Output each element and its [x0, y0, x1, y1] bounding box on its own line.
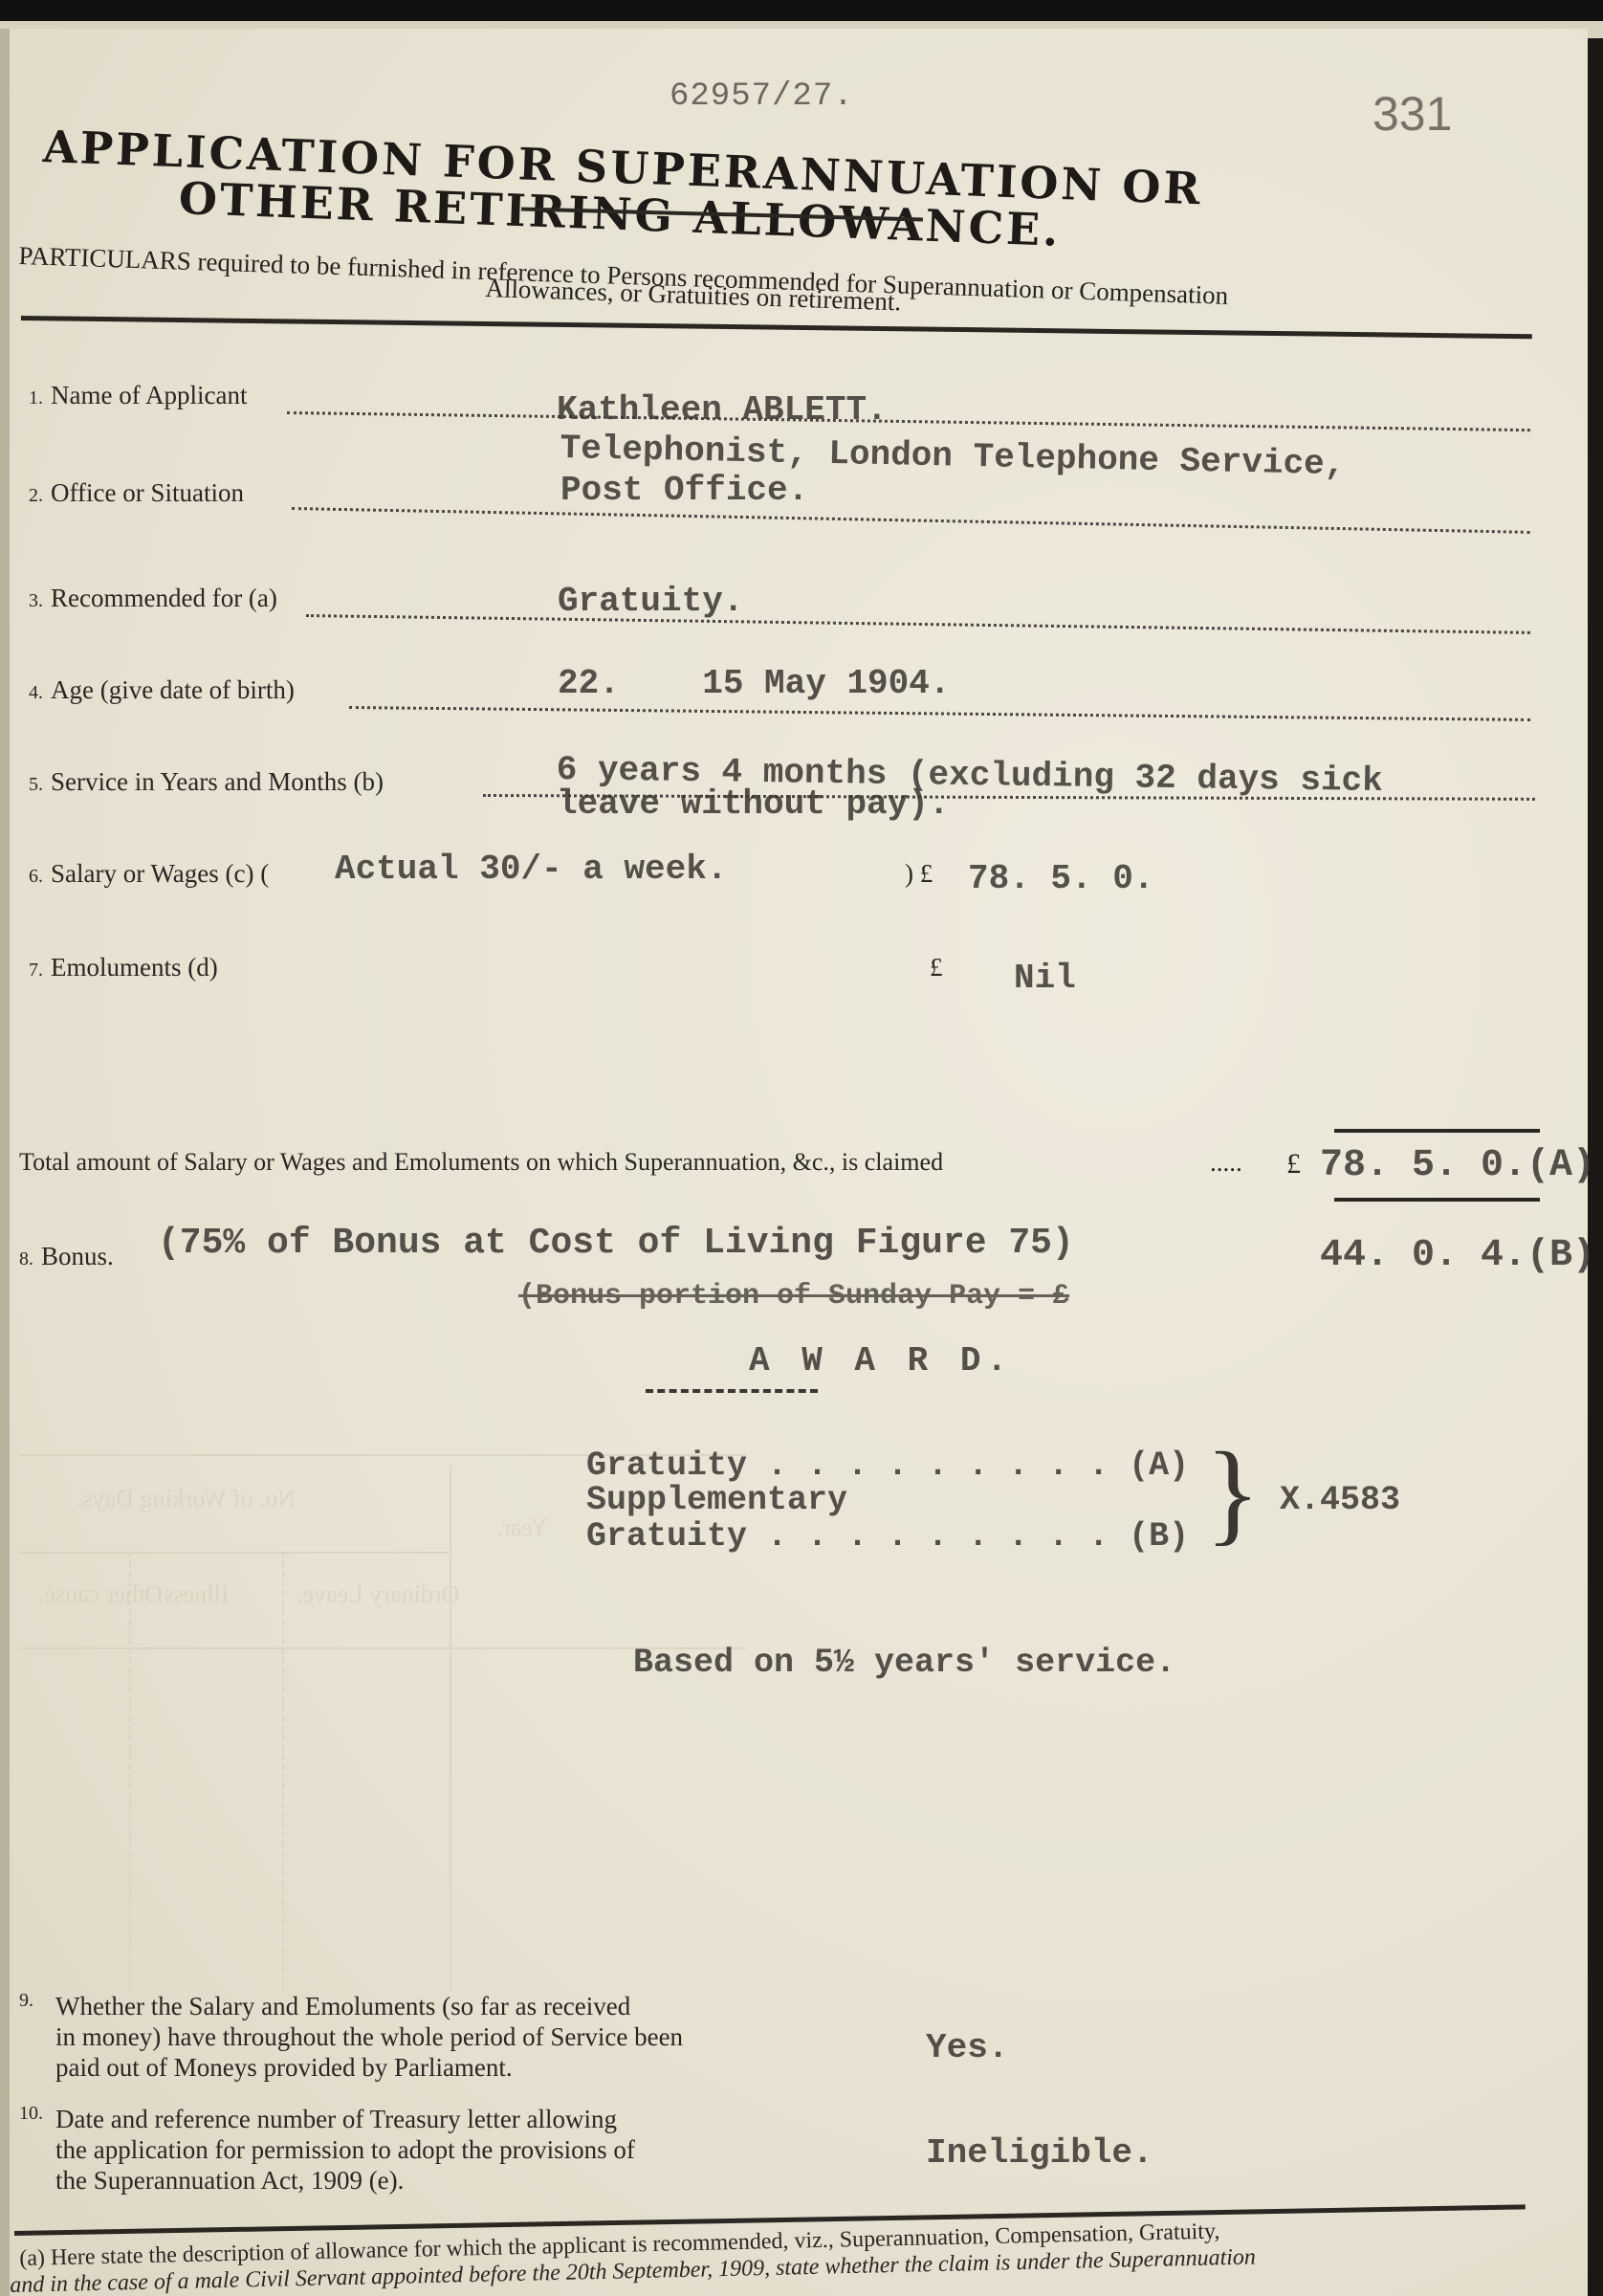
question-9-line-2: in money) have throughout the whole peri… [55, 2022, 683, 2052]
field-name-dotted-line [287, 411, 1530, 431]
award-basis: Based on 5½ years' service. [633, 1644, 1175, 1682]
field-name-label: 1.Name of Applicant [29, 381, 247, 410]
total-currency: £ [1286, 1148, 1301, 1181]
field-salary-label: 6.Salary or Wages (c) ( [29, 859, 269, 889]
field-office-label: 2.Office or Situation [29, 478, 244, 508]
award-multiplier: X.4583 [1280, 1481, 1400, 1519]
field-age-dotted-line [349, 706, 1530, 721]
field-office-dotted-line [292, 507, 1530, 534]
header-divider [21, 316, 1532, 339]
bleed-col-rule [129, 1552, 131, 1992]
bonus-struck-text: (Bonus portion of Sunday Pay = £ [518, 1280, 1069, 1313]
award-gratuity-a: Gratuity . . . . . . . . . (A) [586, 1446, 1189, 1485]
question-10-line-3: the Superannuation Act, 1909 (e). [55, 2166, 404, 2196]
field-name-value: Kathleen ABLETT. [557, 390, 888, 430]
question-10-line-1: Date and reference number of Treasury le… [55, 2105, 617, 2134]
field-age-value: 22. 15 May 1904. [558, 664, 950, 703]
bonus-description: (75% of Bonus at Cost of Living Figure 7… [158, 1223, 1074, 1264]
field-salary-currency: ) £ [905, 859, 933, 889]
award-brace: } [1205, 1435, 1261, 1550]
bleed-rule [19, 1552, 450, 1554]
question-9-answer: Yes. [926, 2028, 1008, 2067]
total-label: Total amount of Salary or Wages and Emol… [19, 1148, 943, 1177]
total-amount: 78. 5. 0.(A). [1320, 1144, 1603, 1187]
question-10-answer: Ineligible. [926, 2133, 1153, 2173]
field-age-label: 4.Age (give date of birth) [29, 675, 295, 705]
total-overline [1334, 1129, 1540, 1133]
field-service-value-line-2: leave without pay). [557, 784, 949, 824]
question-number: 10. [19, 2103, 43, 2125]
total-underline [1334, 1198, 1540, 1202]
field-office-value-line-2: Post Office. [560, 471, 808, 510]
bleed-illness: Illness. [158, 1580, 229, 1609]
document-page: 62957/27. 331 APPLICATION FOR SUPERANNUA… [0, 29, 1588, 2296]
field-emoluments-currency: £ [930, 953, 943, 982]
award-supplementary: Supplementary [586, 1481, 847, 1519]
field-emoluments-amount: Nil [1014, 959, 1076, 998]
field-number: 1. [29, 387, 43, 408]
award-heading: A W A R D. [749, 1341, 1013, 1380]
bonus-label: 8.Bonus. [19, 1242, 114, 1271]
bonus-amount: 44. 0. 4.(B). [1320, 1234, 1603, 1277]
award-gratuity-b: Gratuity . . . . . . . . . (B) [586, 1517, 1189, 1556]
field-service-label: 5.Service in Years and Months (b) [29, 767, 384, 797]
field-recommended-label: 3.Recommended for (a) [29, 584, 277, 613]
field-recommended-value: Gratuity. [558, 582, 743, 621]
reference-number: 62957/27. [670, 78, 854, 115]
bleed-ordinary: Ordinary Leave. [296, 1580, 459, 1609]
bleed-col-rule [282, 1552, 284, 1992]
question-number: 9. [19, 1990, 33, 2012]
field-salary-description: Actual 30/- a week. [335, 850, 727, 889]
total-leader: ..... [1210, 1148, 1242, 1178]
field-emoluments-label: 7.Emoluments (d) [29, 953, 218, 982]
question-9-line-1: Whether the Salary and Emoluments (so fa… [55, 1992, 630, 2021]
bleed-other: Other cause. [38, 1580, 163, 1609]
folio-number: 331 [1372, 86, 1452, 142]
bleed-header: No. of Working Days. [77, 1485, 296, 1513]
question-10-line-2: the application for permission to adopt … [55, 2135, 635, 2165]
award-heading-underline [646, 1389, 818, 1393]
field-recommended-dotted-line [306, 614, 1530, 634]
bleed-col-rule [450, 1466, 451, 1992]
question-9-line-3: paid out of Moneys provided by Parliamen… [55, 2053, 513, 2083]
bleed-year: Year. [497, 1513, 548, 1542]
field-salary-amount: 78. 5. 0. [968, 859, 1153, 898]
